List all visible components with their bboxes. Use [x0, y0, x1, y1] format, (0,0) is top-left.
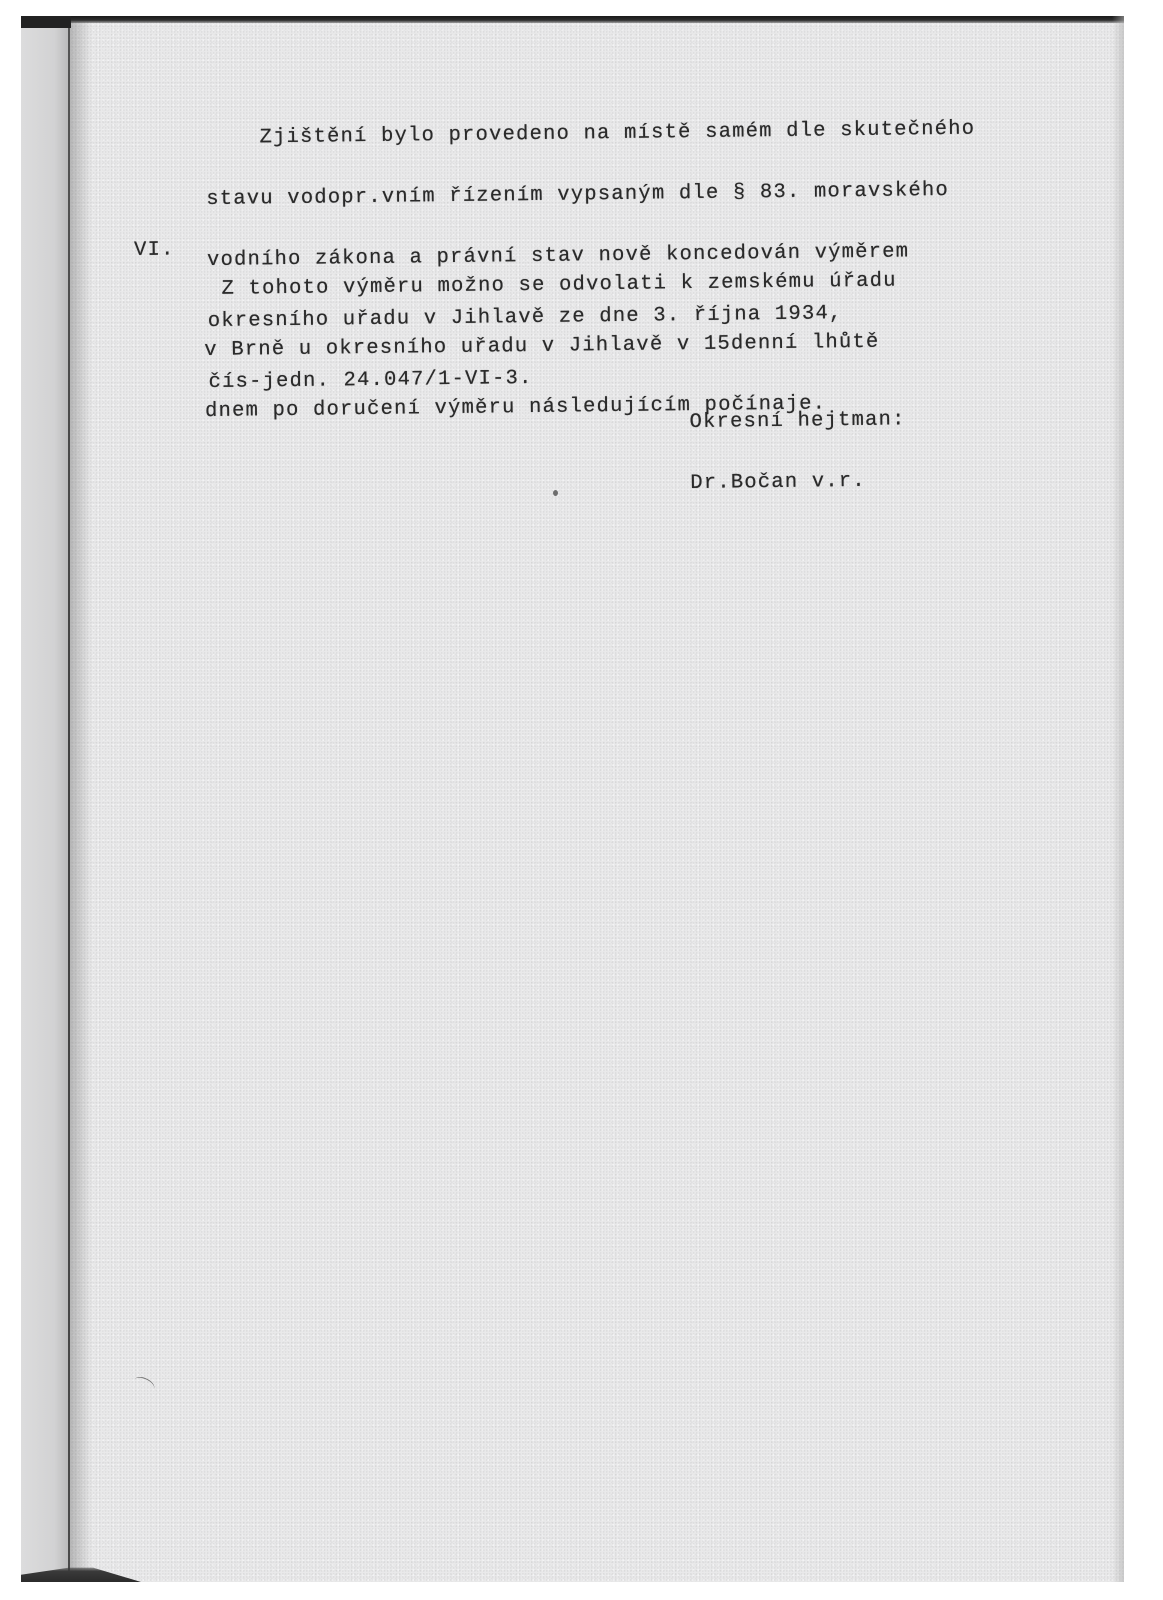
facing-page-edge [21, 16, 69, 1582]
fold-shadow [70, 16, 92, 1582]
text-line: v Brně u okresního uřadu v Jihlavě v 15d… [204, 333, 897, 362]
scan-top-border [21, 16, 1124, 23]
signature-name: Dr.Bočan v.r. [690, 471, 906, 495]
text-line: stavu vodopr.vním řízením vypsaným dle §… [206, 181, 976, 211]
signature-title: Okresní hejtman: [689, 410, 905, 434]
text-line: Zjištění bylo provedeno na místě samém d… [205, 120, 975, 150]
signature-block: Okresní hejtman: Dr.Bočan v.r. [689, 370, 907, 535]
stray-mark [131, 1374, 156, 1395]
text-line: Z tohoto výměru možno se odvolati k zems… [203, 272, 896, 301]
scan-top-corner [21, 16, 71, 28]
ink-speck [553, 490, 558, 496]
section-number: VI. [134, 241, 175, 261]
page-right-edge [1112, 16, 1124, 1582]
page-fold-line [68, 16, 70, 1582]
scanned-page: Zjištění bylo provedeno na místě samém d… [21, 16, 1124, 1582]
